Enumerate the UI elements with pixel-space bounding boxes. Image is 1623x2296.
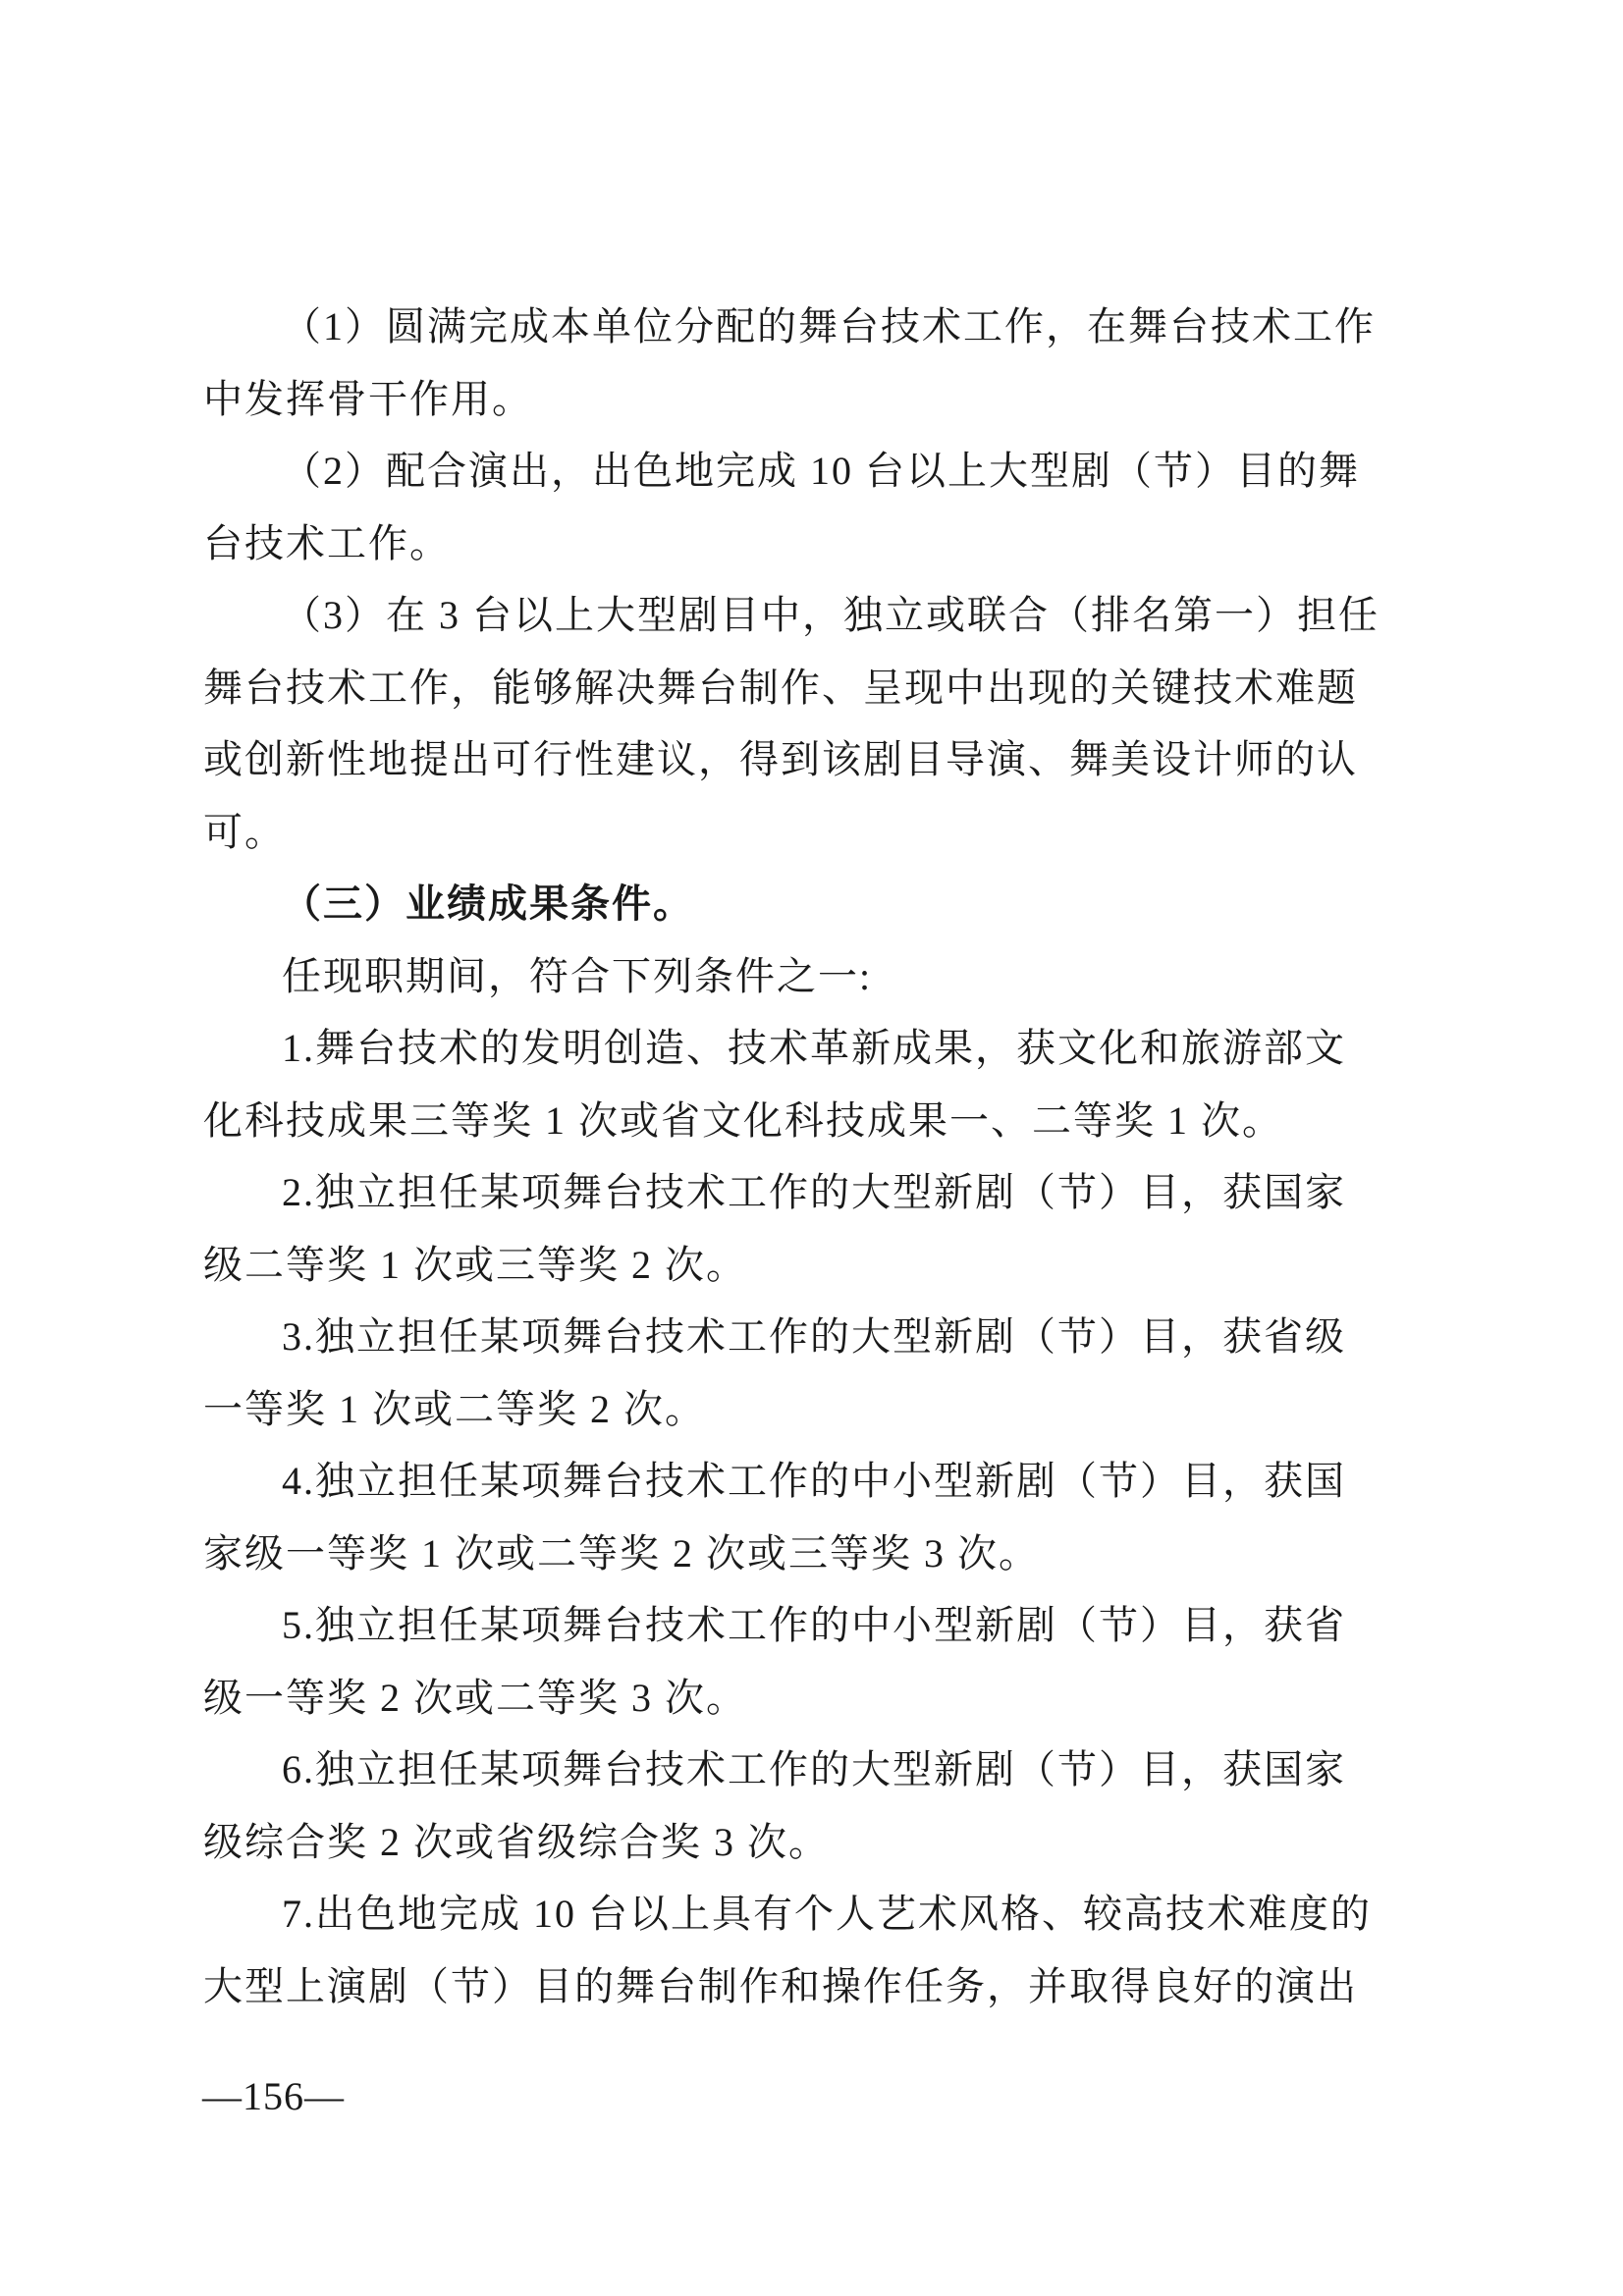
page-number: —156— — [202, 2073, 345, 2120]
paragraph: 7.出色地完成 10 台以上具有个人艺术风格、较高技术难度的 大型上演剧（节）目… — [203, 1878, 1413, 2022]
paragraph: 6.独立担任某项舞台技术工作的大型新剧（节）目，获国家 级综合奖 2 次或省级综… — [203, 1734, 1413, 1878]
section-heading: （三）业绩成果条件。 — [203, 868, 1413, 940]
paragraph: 3.独立担任某项舞台技术工作的大型新剧（节）目，获省级 一等奖 1 次或二等奖 … — [203, 1301, 1413, 1445]
paragraph: 1.舞台技术的发明创造、技术革新成果，获文化和旅游部文 化科技成果三等奖 1 次… — [203, 1012, 1413, 1156]
paragraph: 4.独立担任某项舞台技术工作的中小型新剧（节）目，获国 家级一等奖 1 次或二等… — [203, 1445, 1413, 1589]
paragraph: （2）配合演出，出色地完成 10 台以上大型剧（节）目的舞 台技术工作。 — [203, 435, 1413, 579]
paragraph: 2.独立担任某项舞台技术工作的大型新剧（节）目，获国家 级二等奖 1 次或三等奖… — [203, 1156, 1413, 1301]
paragraph: 5.独立担任某项舞台技术工作的中小型新剧（节）目，获省 级一等奖 2 次或二等奖… — [203, 1589, 1413, 1734]
paragraph: （1）圆满完成本单位分配的舞台技术工作，在舞台技术工作 中发挥骨干作用。 — [203, 291, 1413, 435]
paragraph: 任现职期间，符合下列条件之一: — [203, 940, 1413, 1013]
paragraph: （3）在 3 台以上大型剧目中，独立或联合（排名第一）担任 舞台技术工作，能够解… — [203, 579, 1413, 868]
document-page: （1）圆满完成本单位分配的舞台技术工作，在舞台技术工作 中发挥骨干作用。（2）配… — [0, 0, 1623, 2296]
document-body: （1）圆满完成本单位分配的舞台技术工作，在舞台技术工作 中发挥骨干作用。（2）配… — [203, 291, 1413, 2022]
